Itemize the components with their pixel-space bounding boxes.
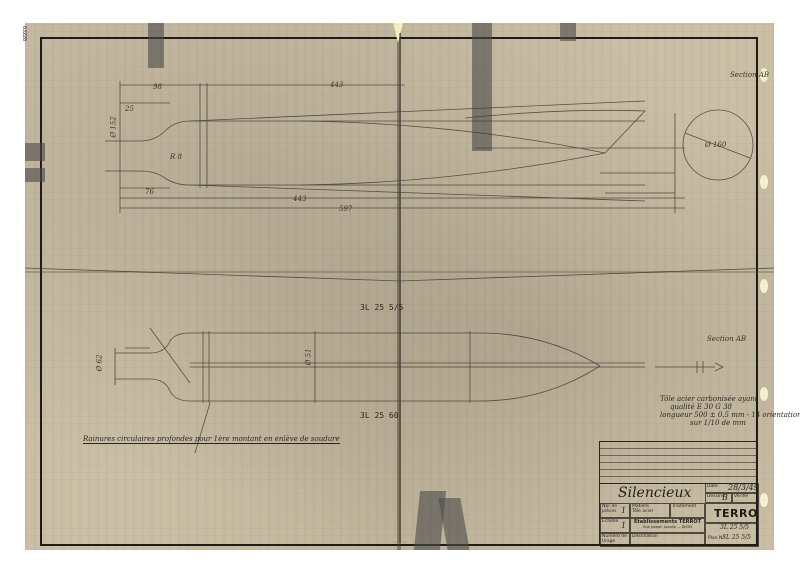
date-label: Date	[707, 484, 718, 489]
qty-cell: Nbr de pièces 1	[600, 503, 630, 518]
scale-value: 1	[621, 522, 626, 531]
centerline-label-bottom: 3L 25 60	[360, 411, 399, 420]
title-block: Silencieux Date 28/3/49 Dessiné B Vérifi…	[599, 441, 758, 546]
dim-label: 443	[330, 81, 343, 89]
plan-value: 3L 25 5/5	[722, 535, 751, 542]
dim-label: 98	[153, 83, 162, 91]
company-cell: Etablissements TERROT Rue Joseph Lavalle…	[630, 518, 705, 533]
date-value: 28/3/49	[728, 484, 759, 493]
reference-label: Numéro de tirage	[602, 534, 627, 544]
dim-label: 25	[125, 105, 134, 113]
material-note-line: qualité E 30 G 38	[660, 403, 800, 411]
treatment-label: Traitement	[672, 504, 696, 509]
brand-cell: TERROT	[705, 503, 759, 523]
material-note-line: longueur 500 ± 0,5 mm - 14 orientation	[660, 411, 800, 419]
date-cell: Date 28/3/49	[705, 483, 759, 493]
material-value: Tôle acier	[632, 509, 653, 514]
centerline-label-top: 3L 25 5/5	[360, 303, 403, 312]
destination-label: Destination	[632, 534, 658, 539]
dim-label: 597	[339, 205, 352, 213]
bottom-note: Rainures circulaires profondes pour 1ère…	[83, 435, 340, 444]
material-cell: Matière Tôle acier	[630, 503, 670, 518]
dim-label: Ø 160	[705, 141, 726, 149]
scale-cell: Echelle 1	[600, 518, 630, 533]
checked-label: Vérifié	[734, 494, 748, 499]
material-note: Tôle acier carbonisée ayant qualité E 30…	[660, 395, 800, 427]
dim-label: 443	[293, 195, 306, 203]
dim-label: Ø 152	[110, 116, 118, 137]
blueprint-sheet: 63228	[25, 23, 774, 550]
checked-cell: Vérifié	[732, 493, 759, 503]
material-note-line: Tôle acier carbonisée ayant	[660, 395, 800, 403]
dim-label: Ø 51	[304, 349, 312, 366]
drawn-cell: Dessiné B	[705, 493, 732, 503]
material-note-line: sur 1/10 de mm	[660, 419, 800, 427]
part-number: 3L 25 5/5	[720, 525, 749, 532]
qty-value: 1	[621, 507, 626, 516]
dim-label: R 8	[170, 153, 182, 161]
dim-label: Ø 62	[95, 355, 103, 372]
scale-label: Echelle	[602, 519, 618, 524]
qty-label: Nbr de pièces	[602, 504, 617, 514]
section-label: Section AB	[707, 335, 746, 343]
revision-lines	[600, 442, 758, 483]
company-address: Rue Joseph Lavalle — DIJON	[632, 526, 703, 530]
destination-cell: Destination	[630, 533, 705, 547]
dim-label: 76	[145, 188, 154, 196]
brand-logo: TERROT	[714, 508, 759, 520]
section-label: Section AB	[730, 71, 769, 79]
part-number-cell: 3L 25 5/5 Plan N° 3L 25 5/5	[705, 523, 759, 547]
treatment-cell: Traitement	[670, 503, 705, 518]
reference-cell: Numéro de tirage	[600, 533, 630, 547]
drawing-title: Silencieux	[618, 485, 691, 501]
drawn-value: B	[722, 494, 728, 503]
